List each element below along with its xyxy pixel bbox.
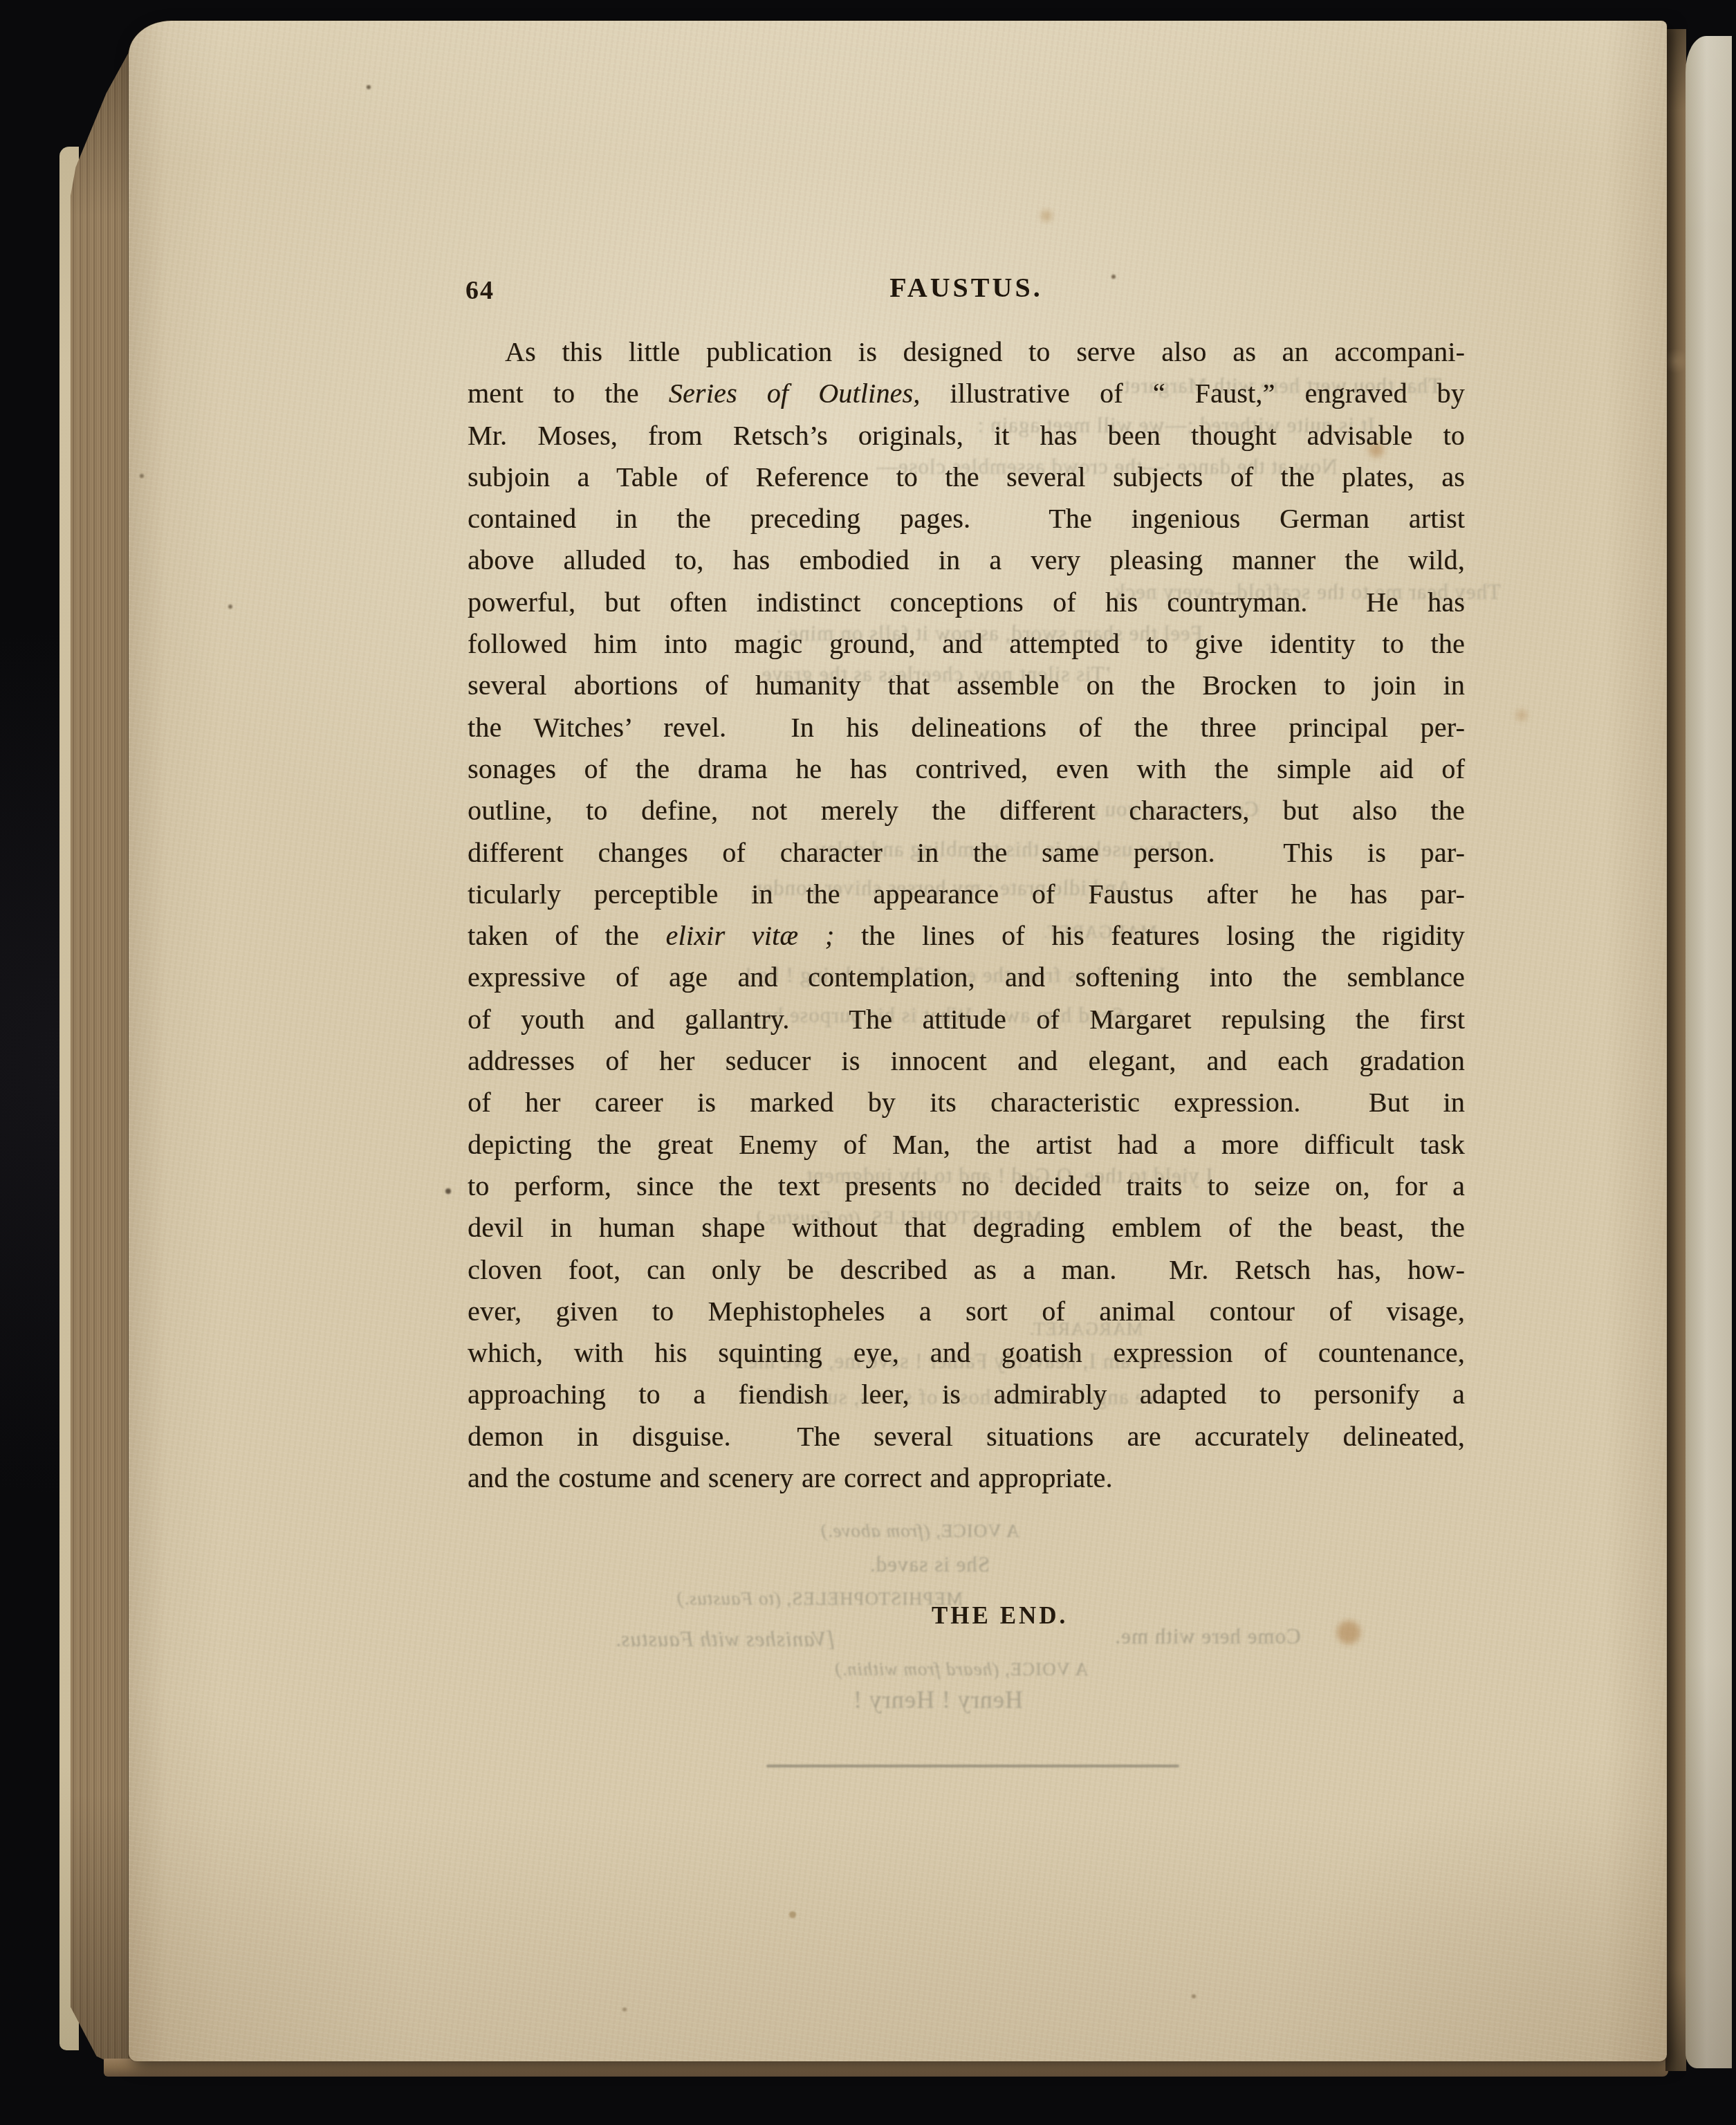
body-line: Mr. Moses, from Retsch’s originals, it h… bbox=[468, 415, 1465, 457]
text: demon in disguise. The several situation… bbox=[468, 1421, 1465, 1452]
body-line: ticularly perceptible in the appearance … bbox=[468, 874, 1465, 915]
body-line: outline, to define, not merely the diffe… bbox=[468, 790, 1465, 831]
italic-text: elixir vitæ ; bbox=[666, 920, 835, 951]
italic-text: (to Faustus.) bbox=[676, 1588, 781, 1609]
body-line: different changes of character in the sa… bbox=[468, 832, 1465, 874]
body-line: which, with his squinting eye, and goati… bbox=[468, 1332, 1465, 1374]
text: approaching to a fiendish leer, is admir… bbox=[468, 1379, 1465, 1410]
text: ticularly perceptible in the appearance … bbox=[468, 878, 1465, 910]
text: She is saved. bbox=[869, 1552, 990, 1576]
body-line: and the costume and scenery are correct … bbox=[468, 1457, 1465, 1499]
gutter-shadow bbox=[1665, 29, 1686, 2071]
text: illustrative of “ Faust,” engraved by bbox=[921, 378, 1465, 409]
text: outline, to define, not merely the diffe… bbox=[468, 795, 1465, 826]
text: cloven foot, can only be described as a … bbox=[468, 1254, 1465, 1285]
body-line: ever, given to Mephistopheles a sort of … bbox=[468, 1291, 1465, 1332]
bleedthrough-text: Come here with me. bbox=[1114, 1624, 1300, 1649]
italic-text: (heard from within.) bbox=[834, 1659, 999, 1680]
text: the lines of his features losing the rig… bbox=[834, 920, 1465, 951]
italic-text: Series of Outlines, bbox=[669, 378, 921, 409]
body-line: depicting the great Enemy of Man, the ar… bbox=[468, 1124, 1465, 1166]
body-line: powerful, but often indistinct conceptio… bbox=[468, 582, 1465, 623]
text: above alluded to, has embodied in a very… bbox=[468, 544, 1465, 576]
text: expressive of age and contemplation, and… bbox=[468, 962, 1465, 993]
text: different changes of character in the sa… bbox=[468, 837, 1465, 868]
text: ment to the bbox=[468, 378, 669, 409]
book-fore-edge bbox=[71, 32, 136, 2081]
text: Henry ! Henry ! bbox=[853, 1686, 1023, 1713]
italic-text: [Vanishes with Faustus. bbox=[615, 1627, 835, 1651]
body-line: cloven foot, can only be described as a … bbox=[468, 1249, 1465, 1291]
bleedthrough-text: A VOICE, (heard from within.) bbox=[834, 1659, 1088, 1680]
ink-speck bbox=[622, 2007, 627, 2012]
ink-speck bbox=[789, 1911, 796, 1918]
ink-speck bbox=[228, 605, 232, 609]
text: to perform, since the text presents no d… bbox=[468, 1170, 1465, 1202]
body-line: subjoin a Table of Reference to the seve… bbox=[468, 457, 1465, 498]
foxing-stain bbox=[1337, 1621, 1360, 1644]
text: ever, given to Mephistopheles a sort of … bbox=[468, 1296, 1465, 1327]
ink-speck bbox=[445, 1188, 451, 1194]
text: A VOICE, bbox=[930, 1520, 1019, 1541]
body-line: above alluded to, has embodied in a very… bbox=[468, 540, 1465, 581]
body-line: addresses of her seducer is innocent and… bbox=[468, 1040, 1465, 1082]
text: sonages of the drama he has contrived, e… bbox=[468, 753, 1465, 784]
ink-speck bbox=[140, 474, 144, 478]
bleedthrough-text: Henry ! Henry ! bbox=[853, 1685, 1023, 1714]
body-line: contained in the preceding pages. The in… bbox=[468, 498, 1465, 540]
text: depicting the great Enemy of Man, the ar… bbox=[468, 1129, 1465, 1160]
the-end-label: THE END. bbox=[932, 1602, 1068, 1630]
text: the Witches’ revel. In his delineations … bbox=[468, 712, 1465, 743]
body-line: followed him into magic ground, and atte… bbox=[468, 623, 1465, 665]
body-line: several abortions of humanity that assem… bbox=[468, 665, 1465, 706]
body-line: taken of the elixir vitæ ; the lines of … bbox=[468, 915, 1465, 957]
text: devil in human shape without that degrad… bbox=[468, 1212, 1465, 1243]
ink-speck bbox=[1192, 1994, 1196, 1998]
text: Come here with me. bbox=[1114, 1624, 1300, 1648]
body-line: the Witches’ revel. In his delineations … bbox=[468, 707, 1465, 748]
body-line: to perform, since the text presents no d… bbox=[468, 1166, 1465, 1207]
bleedthrough-text: [Vanishes with Faustus. bbox=[615, 1627, 835, 1652]
text: Mr. Moses, from Retsch’s originals, it h… bbox=[468, 420, 1465, 451]
body-line: expressive of age and contemplation, and… bbox=[468, 957, 1465, 998]
body-line: As this little publication is designed t… bbox=[468, 331, 1465, 373]
text: several abortions of humanity that assem… bbox=[468, 670, 1465, 701]
ink-speck bbox=[367, 85, 371, 89]
body-line: of youth and gallantry. The attitude of … bbox=[468, 999, 1465, 1040]
text: subjoin a Table of Reference to the seve… bbox=[468, 461, 1465, 493]
text: As this little publication is designed t… bbox=[505, 336, 1465, 367]
photo-background: That thou wert here with Margaret.It is … bbox=[0, 0, 1736, 2125]
bleedthrough-text: A VOICE, (from above.) bbox=[820, 1520, 1019, 1542]
body-text: As this little publication is designed t… bbox=[468, 331, 1465, 1499]
body-line: approaching to a fiendish leer, is admir… bbox=[468, 1374, 1465, 1415]
body-line: demon in disguise. The several situation… bbox=[468, 1416, 1465, 1457]
body-line: devil in human shape without that degrad… bbox=[468, 1207, 1465, 1249]
adjacent-page-edge bbox=[1686, 36, 1732, 2068]
bleedthrough-text: MEPHISTOPHELES, (to Faustus.) bbox=[676, 1588, 963, 1610]
text: A VOICE, bbox=[999, 1659, 1088, 1680]
foxing-stain bbox=[1516, 710, 1527, 721]
running-header: FAUSTUS. bbox=[468, 271, 1465, 304]
text: followed him into magic ground, and atte… bbox=[468, 628, 1465, 659]
body-line: ment to the Series of Outlines, illustra… bbox=[468, 373, 1465, 414]
text: contained in the preceding pages. The in… bbox=[468, 503, 1465, 534]
body-line: sonages of the drama he has contrived, e… bbox=[468, 748, 1465, 790]
text: of youth and gallantry. The attitude of … bbox=[468, 1004, 1465, 1035]
foxing-stain bbox=[1041, 210, 1052, 221]
italic-text: (from above.) bbox=[820, 1520, 930, 1541]
text: taken of the bbox=[468, 920, 666, 951]
bleedthrough-text: She is saved. bbox=[869, 1552, 990, 1577]
separator-rule-showthrough bbox=[766, 1765, 1179, 1767]
text: and the costume and scenery are correct … bbox=[468, 1462, 1113, 1493]
text: which, with his squinting eye, and goati… bbox=[468, 1337, 1465, 1368]
text: of her career is marked by its character… bbox=[468, 1087, 1465, 1118]
body-line: of her career is marked by its character… bbox=[468, 1082, 1465, 1123]
text: powerful, but often indistinct conceptio… bbox=[468, 587, 1465, 618]
text: addresses of her seducer is innocent and… bbox=[468, 1045, 1465, 1076]
